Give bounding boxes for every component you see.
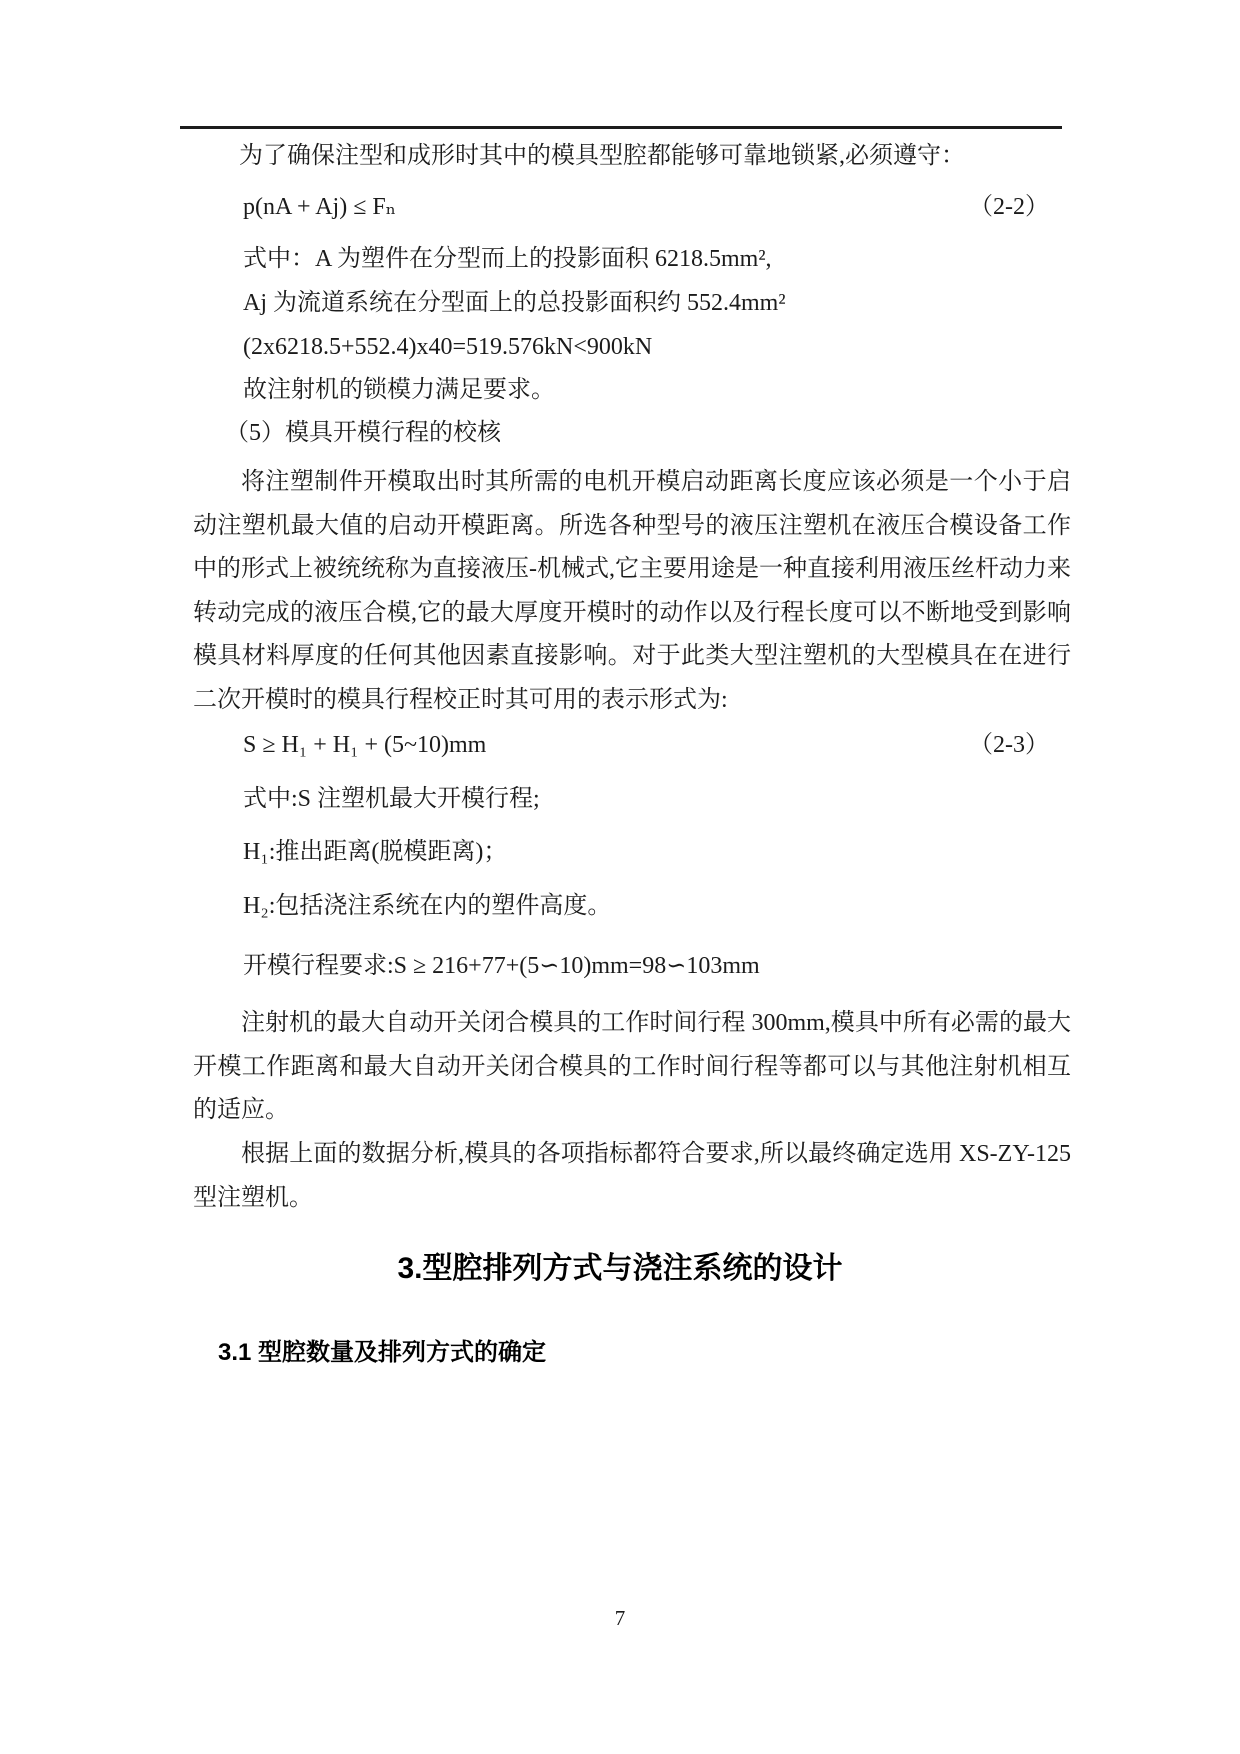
formula-2-3-expression: S ≥ H₁ + H₁ + (5~10)mm [193, 729, 486, 761]
definition-a: 式中：A 为塑件在分型而上的投影面积 6218.5mm², [193, 243, 1071, 275]
section-3-1-heading: 3.1 型腔数量及排列方式的确定 [218, 1332, 546, 1367]
formula-2-2: p(nA + Aj) ≤ Fₙ （2-2） [193, 191, 1071, 223]
document-page: 为了确保注型和成形时其中的模具型腔都能够可靠地锁紧,必须遵守： p(nA + A… [0, 0, 1240, 1754]
clamp-force-conclusion: 故注射机的锁模力满足要求。 [193, 374, 1071, 406]
chapter-3-heading: 3.型腔排列方式与浇注系统的设计 [0, 1243, 1240, 1287]
definition-h1: H₁:推出距离(脱模距离)； [193, 836, 1071, 868]
definition-aj: Aj 为流道系统在分型面上的总投影面积约 552.4mm² [193, 287, 1071, 319]
item-5-title: （5）模具开模行程的校核 [193, 417, 1071, 449]
opening-stroke-paragraph: 将注塑制件开模取出时其所需的电机开模启动距离长度应该必须是一个小于启动注塑机最大… [193, 461, 1071, 722]
definition-s: 式中:S 注塑机最大开模行程; [193, 783, 1071, 815]
stroke-requirement: 开模行程要求:S ≥ 216+77+(5∽10)mm=98∽103mm [193, 950, 1071, 982]
machine-stroke-paragraph: 注射机的最大自动开关闭合模具的工作时间行程 300mm,模具中所有必需的最大开模… [193, 1002, 1071, 1133]
formula-2-3: S ≥ H₁ + H₁ + (5~10)mm （2-3） [193, 729, 1071, 761]
intro-sentence: 为了确保注型和成形时其中的模具型腔都能够可靠地锁紧,必须遵守： [193, 140, 1071, 172]
machine-selection-paragraph: 根据上面的数据分析,模具的各项指标都符合要求,所以最终确定选用 XS-ZY-12… [193, 1133, 1071, 1220]
page-number: 7 [0, 1606, 1240, 1631]
formula-2-2-number: （2-2） [969, 191, 1049, 223]
header-rule [180, 126, 1062, 129]
formula-2-2-expression: p(nA + Aj) ≤ Fₙ [193, 191, 396, 223]
definition-h2: H₂:包括浇注系统在内的塑件高度。 [193, 890, 1071, 922]
formula-2-3-number: （2-3） [969, 729, 1049, 761]
clamp-force-calculation: (2x6218.5+552.4)x40=519.576kN<900kN [193, 331, 1071, 363]
